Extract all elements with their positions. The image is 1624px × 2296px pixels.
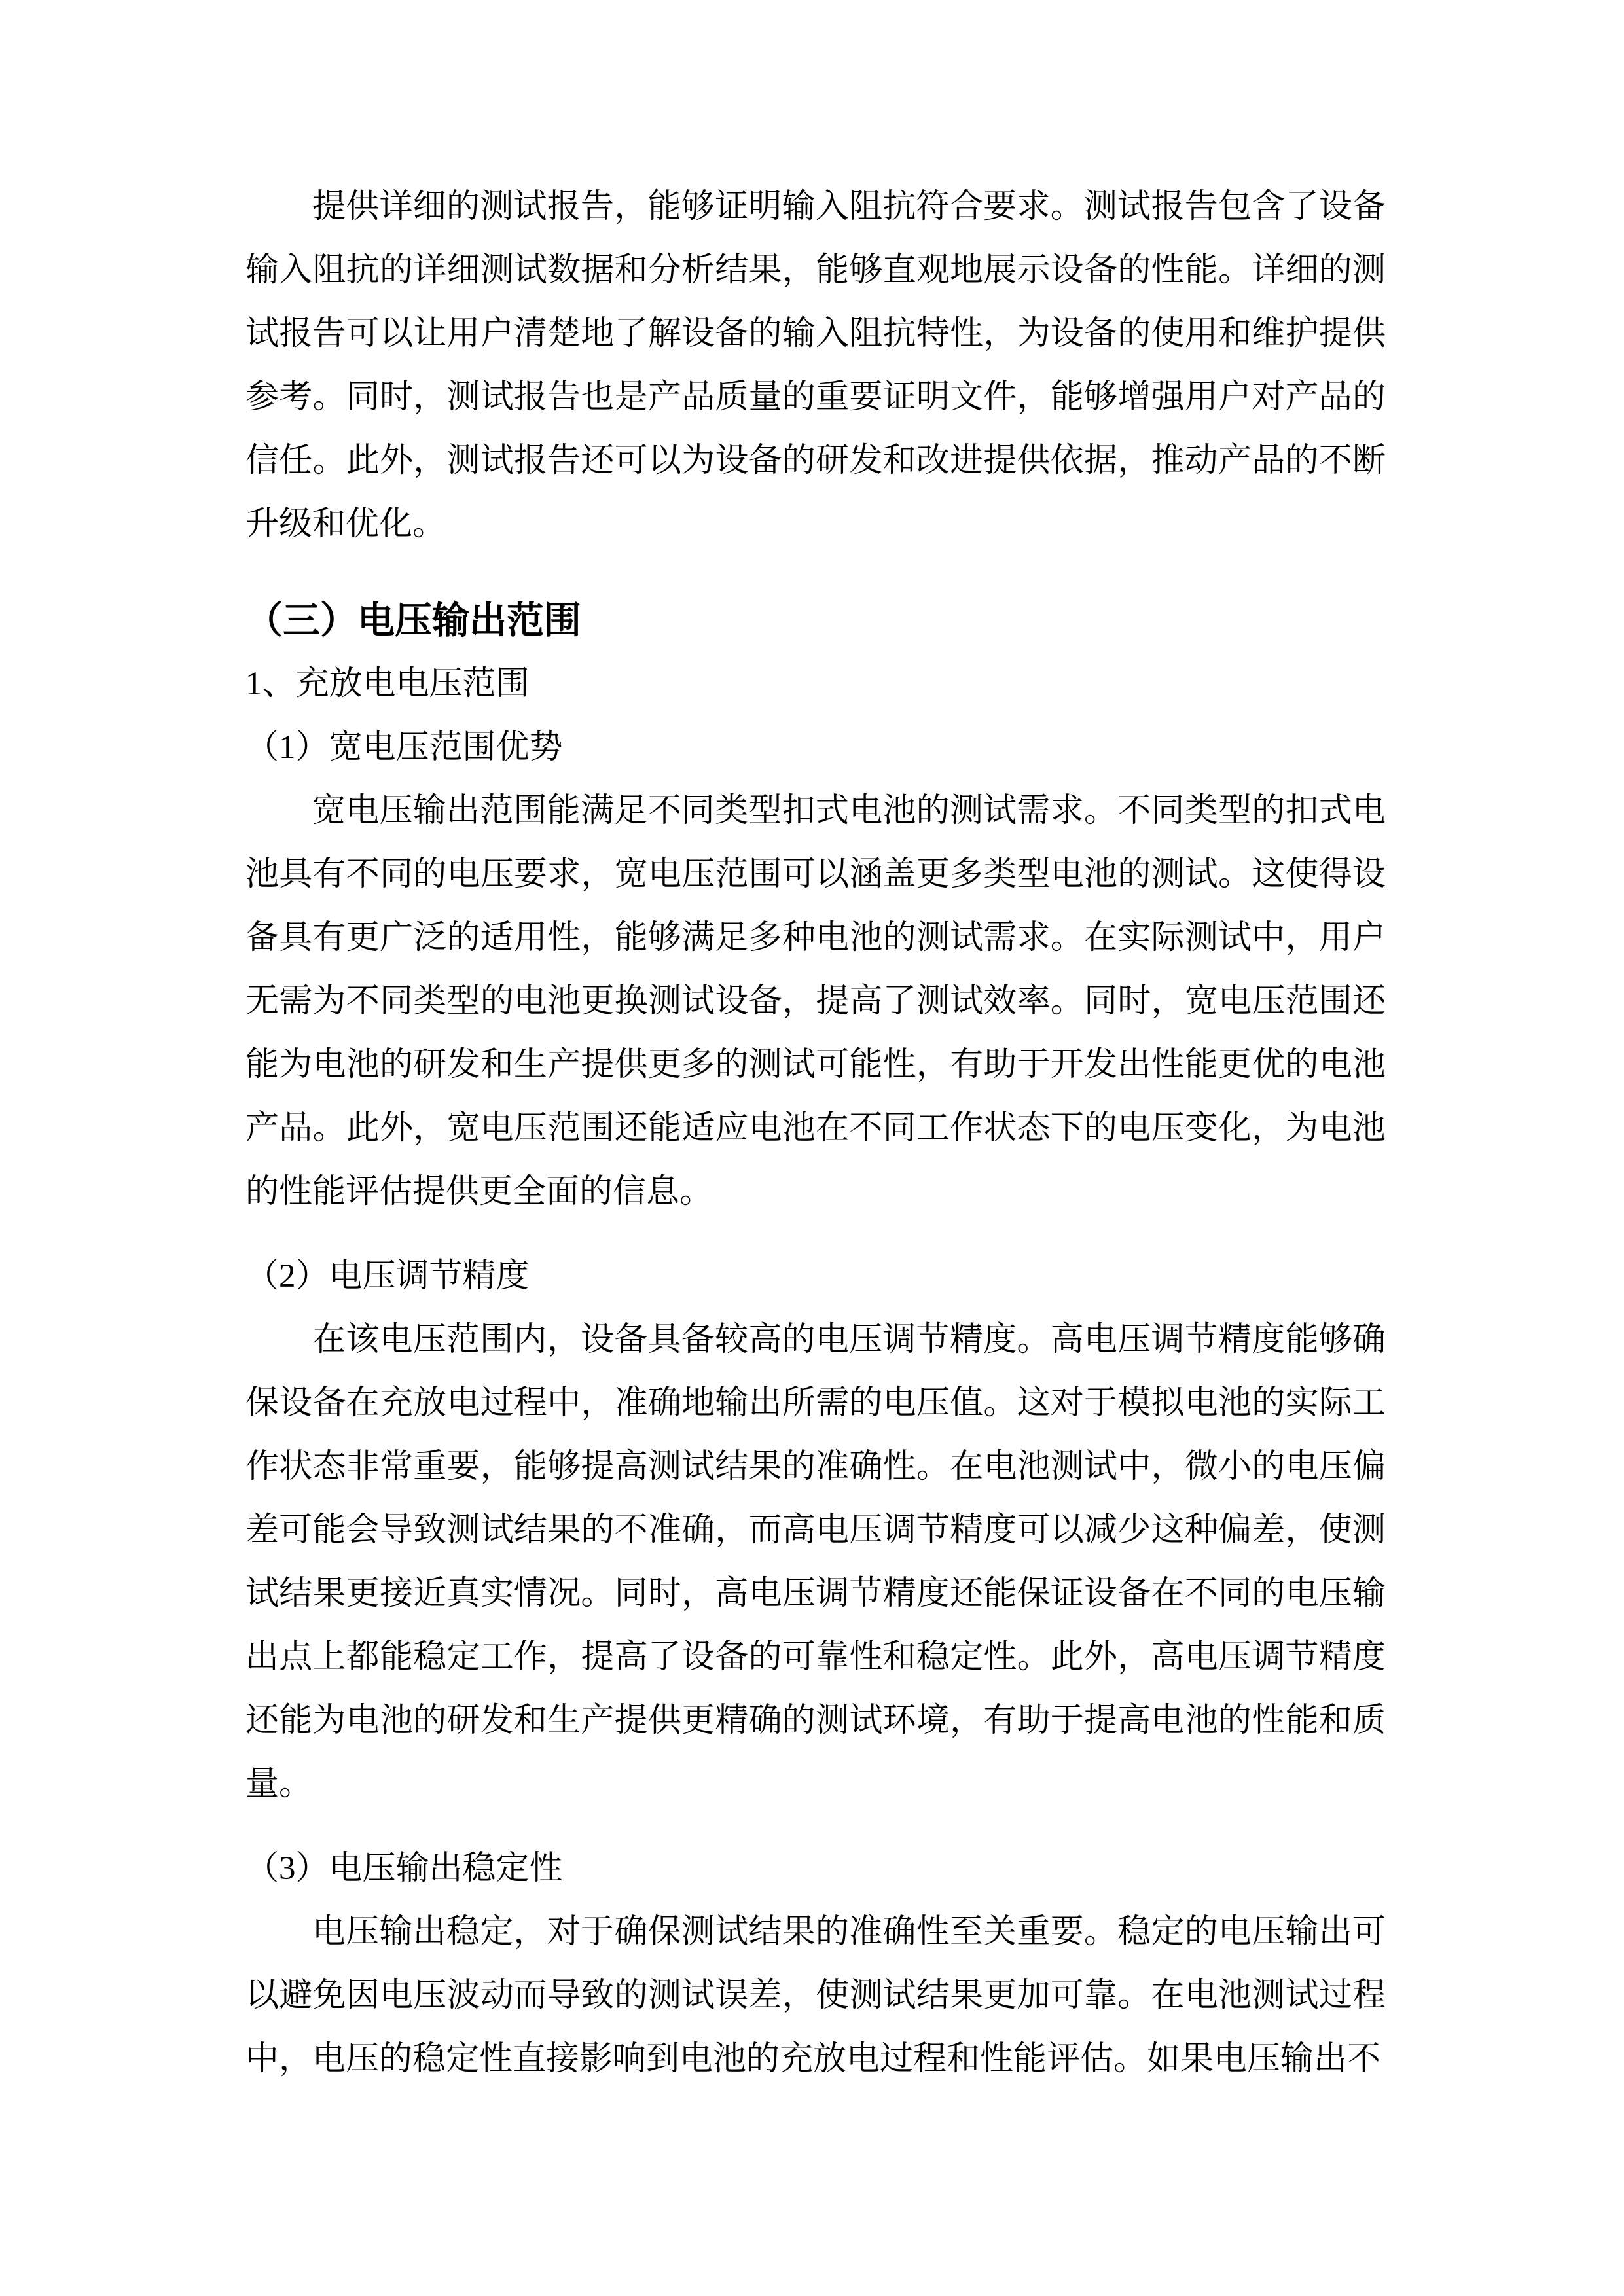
subheading-wide-voltage-range-advantage: （1）宽电压范围优势: [245, 716, 1386, 780]
paragraph-test-report: 提供详细的测试报告，能够证明输入阻抗符合要求。测试报告包含了设备输入阻抗的详细测…: [245, 175, 1386, 556]
heading-voltage-output-range: （三）电压输出范围: [245, 589, 1386, 653]
paragraph-voltage-regulation-precision: 在该电压范围内，设备具备较高的电压调节精度。高电压调节精度能够确保设备在充放电过…: [245, 1308, 1386, 1816]
paragraph-voltage-output-stability: 电压输出稳定，对于确保测试结果的准确性至关重要。稳定的电压输出可以避免因电压波动…: [245, 1901, 1386, 2091]
document-content: 提供详细的测试报告，能够证明输入阻抗符合要求。测试报告包含了设备输入阻抗的详细测…: [245, 0, 1386, 2091]
subheading-voltage-output-stability: （3）电压输出稳定性: [245, 1837, 1386, 1901]
document-page: 提供详细的测试报告，能够证明输入阻抗符合要求。测试报告包含了设备输入阻抗的详细测…: [0, 0, 1624, 2296]
subheading-charge-discharge-voltage-range: 1、充放电电压范围: [245, 653, 1386, 716]
paragraph-wide-voltage-range: 宽电压输出范围能满足不同类型扣式电池的测试需求。不同类型的扣式电池具有不同的电压…: [245, 780, 1386, 1224]
subheading-voltage-regulation-precision: （2）电压调节精度: [245, 1245, 1386, 1308]
